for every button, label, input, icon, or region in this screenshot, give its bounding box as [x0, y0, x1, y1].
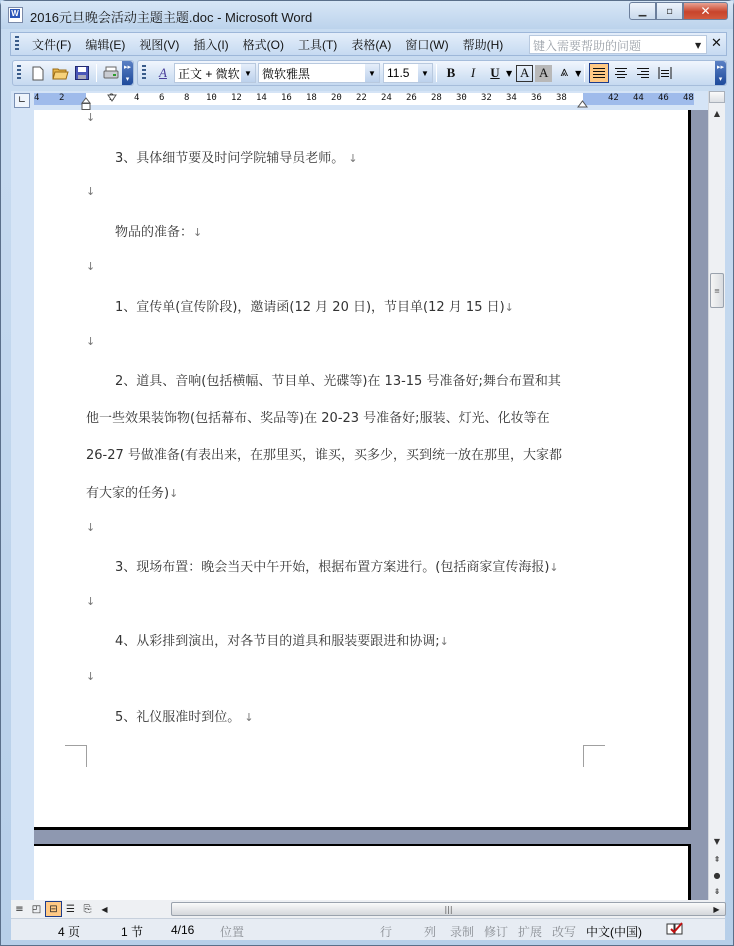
paragraph[interactable]: 他一些效果装饰物(包括幕布、奖品等)在 20-23 号准备好;服装、灯光、化妆等… — [86, 407, 550, 426]
menu-window[interactable]: 窗口(W) — [398, 36, 455, 53]
close-button[interactable]: ✕ — [683, 2, 728, 20]
menu-insert[interactable]: 插入(I) — [186, 36, 235, 53]
document-page[interactable]: ↓ 3、具体细节要及时问学院辅导员老师。 ↓ ↓ 物品的准备：↓ ↓ 1、宣传单… — [34, 110, 691, 830]
split-box[interactable] — [709, 91, 725, 103]
save-icon[interactable] — [72, 63, 92, 83]
paragraph[interactable]: 物品的准备：↓ — [115, 221, 202, 240]
paragraph[interactable]: 26-27 号做准备(有表出来，在那里买，谁买，买多少，买到统一放在那里，大家都 — [86, 444, 562, 463]
print-icon[interactable] — [101, 63, 121, 83]
chevron-down-icon[interactable]: ▼ — [241, 64, 255, 82]
paragraph[interactable]: 2、道具、音响(包括横幅、节目单、光碟等)在 13-15 号准备好;舞台布置和其 — [115, 370, 561, 389]
help-search-input[interactable]: 键入需要帮助的问题 — [529, 35, 707, 54]
toolbar-separator — [436, 64, 437, 82]
paragraph[interactable]: ↓ — [86, 110, 95, 125]
status-track-changes[interactable]: 修订 — [484, 923, 508, 940]
new-document-icon[interactable] — [28, 63, 48, 83]
crop-mark-right — [583, 745, 605, 767]
toolbar-grip-icon[interactable] — [15, 36, 19, 52]
paragraph[interactable]: ↓ — [86, 334, 95, 349]
paragraph[interactable]: 1、宣传单(宣传阶段)，邀请函(12 月 20 日)，节目单(12 月 15 日… — [115, 296, 514, 315]
distributed-align-icon[interactable] — [655, 63, 675, 83]
paragraph[interactable]: 4、从彩排到演出，对各节目的道具和服装要跟进和协调;↓ — [115, 630, 449, 649]
next-page-icon[interactable]: ⇟ — [709, 883, 725, 900]
toolbar-overflow-button[interactable]: ▸▸▾ — [715, 61, 726, 85]
underline-button[interactable]: U — [485, 63, 505, 83]
paragraph[interactable]: ↓ — [86, 259, 95, 274]
toolbar-overflow-button[interactable]: ▸▸▾ — [122, 61, 133, 85]
paragraph[interactable]: ↓ — [86, 184, 95, 199]
menu-format[interactable]: 格式(O) — [236, 36, 291, 53]
status-record[interactable]: 录制 — [450, 923, 474, 940]
menu-view[interactable]: 视图(V) — [132, 36, 186, 53]
chevron-down-icon[interactable]: ▼ — [365, 64, 379, 82]
align-center-icon[interactable] — [611, 63, 631, 83]
align-justify-icon[interactable] — [589, 63, 609, 83]
status-position: 位置 — [220, 923, 244, 940]
title-bar: 2016元旦晚会活动主题主题.doc - Microsoft Word ▁ ▫ … — [1, 1, 733, 29]
status-page: 4 页 — [58, 923, 80, 940]
paragraph[interactable]: ↓ — [86, 520, 95, 535]
right-indent-marker[interactable] — [577, 97, 588, 111]
status-overtype[interactable]: 改写 — [552, 923, 576, 940]
style-value: 正文 + 微软 — [178, 65, 240, 82]
vertical-scrollbar[interactable]: ▲ ≡ ▼ ⇞ ● ⇟ — [708, 91, 725, 900]
web-layout-view-icon[interactable]: ◰ — [28, 901, 45, 917]
paragraph[interactable]: ↓ — [86, 594, 95, 609]
maximize-button[interactable]: ▫ — [656, 2, 683, 20]
status-line: 行 — [380, 923, 392, 940]
scroll-up-icon[interactable]: ▲ — [709, 105, 725, 122]
scaling-dropdown-icon[interactable]: ▼ — [575, 69, 581, 78]
outline-view-icon[interactable]: ☰ — [62, 901, 79, 917]
print-layout-view-icon[interactable]: ⊟ — [45, 901, 62, 917]
paragraph[interactable]: 3、具体细节要及时问学院辅导员老师。 ↓ — [115, 147, 358, 166]
menu-file[interactable]: 文件(F) — [25, 36, 78, 53]
menu-table[interactable]: 表格(A) — [344, 36, 398, 53]
status-language[interactable]: 中文(中国) — [586, 923, 642, 940]
paragraph[interactable]: 有大家的任务)↓ — [86, 482, 178, 501]
left-indent-marker[interactable] — [81, 97, 91, 109]
status-section: 1 节 — [121, 923, 143, 940]
toolbar-grip-icon[interactable] — [17, 65, 21, 81]
chevron-down-icon[interactable]: ▼ — [418, 64, 432, 82]
open-folder-icon[interactable] — [50, 63, 70, 83]
first-line-indent-marker[interactable] — [107, 91, 117, 105]
status-column: 列 — [424, 923, 436, 940]
toolbar-separator — [96, 64, 97, 82]
horizontal-scrollbar-thumb[interactable]: ||| — [171, 902, 726, 916]
style-select[interactable]: 正文 + 微软 ▼ — [174, 63, 256, 83]
next-page[interactable] — [34, 844, 691, 900]
menu-help[interactable]: 帮助(H) — [456, 36, 511, 53]
status-bar: 4 页 1 节 4/16 位置 行 列 录制 修订 扩展 改写 中文(中国) — [11, 918, 725, 940]
font-select[interactable]: 微软雅黑 ▼ — [258, 63, 380, 83]
minimize-button[interactable]: ▁ — [629, 2, 656, 20]
scrollbar-thumb[interactable]: ≡ — [710, 273, 724, 308]
toolbar-grip-icon[interactable] — [142, 65, 146, 81]
font-value: 微软雅黑 — [262, 65, 310, 82]
horizontal-ruler[interactable]: ∟ 4 2 2 4 6 8 10 12 14 16 18 20 22 24 26… — [11, 91, 708, 110]
styles-formatting-icon[interactable]: A — [153, 63, 173, 83]
normal-view-icon[interactable]: ≡ — [11, 901, 28, 917]
menu-tools[interactable]: 工具(T) — [291, 36, 344, 53]
word-window: 2016元旦晚会活动主题主题.doc - Microsoft Word ▁ ▫ … — [0, 0, 734, 946]
underline-dropdown-icon[interactable]: ▼ — [506, 69, 512, 78]
select-browse-object-icon[interactable]: ● — [709, 867, 725, 884]
bold-button[interactable]: B — [441, 63, 461, 83]
paragraph[interactable]: ↓ — [86, 669, 95, 684]
word-app-icon[interactable] — [8, 7, 23, 23]
reading-layout-view-icon[interactable]: ⎘ — [79, 901, 96, 917]
document-area[interactable]: ↓ 3、具体细节要及时问学院辅导员老师。 ↓ ↓ 物品的准备：↓ ↓ 1、宣传单… — [34, 110, 708, 900]
character-border-button[interactable]: A — [516, 65, 533, 82]
menu-edit[interactable]: 编辑(E) — [78, 36, 132, 53]
align-right-icon[interactable] — [633, 63, 653, 83]
menu-bar: 文件(F) 编辑(E) 视图(V) 插入(I) 格式(O) 工具(T) 表格(A… — [10, 32, 727, 56]
crop-mark-left — [65, 745, 87, 767]
close-document-button[interactable]: ✕ — [711, 36, 722, 51]
font-size-select[interactable]: 11.5 ▼ — [383, 63, 433, 83]
toolbar-separator — [584, 64, 585, 82]
previous-page-icon[interactable]: ⇞ — [709, 851, 725, 868]
scroll-right-icon[interactable]: ▶ — [708, 901, 725, 917]
standard-toolbar: ▸▸▾ — [12, 60, 134, 86]
status-page-of: 4/16 — [171, 923, 194, 937]
character-scaling-icon[interactable]: ⩓ — [554, 63, 574, 83]
scroll-left-icon[interactable]: ◀ — [96, 901, 113, 917]
status-extend[interactable]: 扩展 — [518, 923, 542, 940]
font-size-value: 11.5 — [387, 66, 409, 80]
window-title: 2016元旦晚会活动主题主题.doc - Microsoft Word — [30, 7, 312, 26]
scroll-down-icon[interactable]: ▼ — [709, 833, 725, 850]
paragraph[interactable]: 3、现场布置：晚会当天中午开始，根据布置方案进行。(包括商家宣传海报)↓ — [115, 556, 559, 575]
character-shading-button[interactable]: A — [535, 65, 552, 82]
paragraph[interactable]: 5、礼仪服准时到位。 ↓ — [115, 706, 254, 725]
vertical-ruler[interactable] — [11, 110, 34, 900]
help-dropdown-icon[interactable]: ▼ — [695, 41, 701, 50]
spelling-check-icon[interactable] — [666, 921, 684, 939]
formatting-toolbar: A 正文 + 微软 ▼ 微软雅黑 ▼ 11.5 ▼ B I U ▼ A A ⩓ … — [137, 60, 727, 86]
horizontal-scrollbar[interactable]: ≡ ◰ ⊟ ☰ ⎘ ◀ ||| ▶ — [11, 900, 725, 918]
italic-button[interactable]: I — [463, 63, 483, 83]
